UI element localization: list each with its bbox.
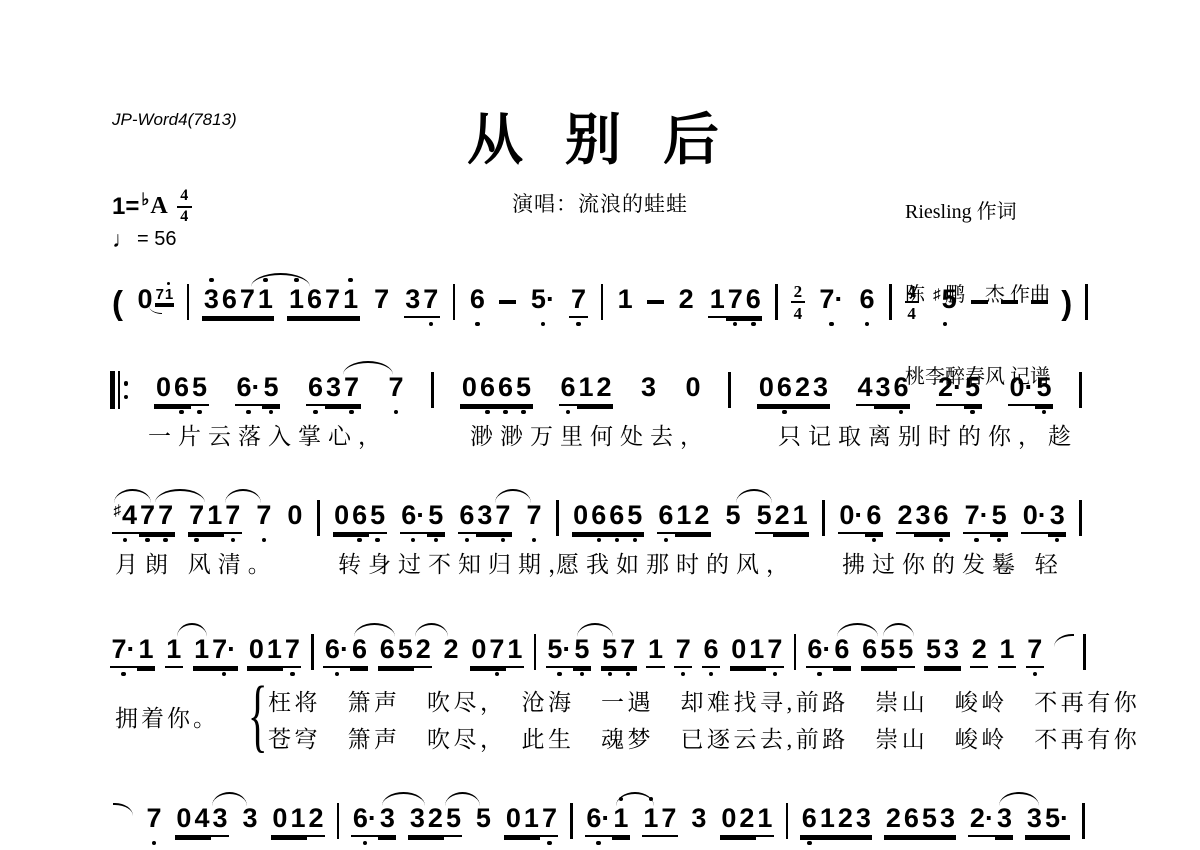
barline — [1085, 284, 1088, 320]
octave-dot-below — [899, 410, 903, 414]
beam-segment: 04 — [175, 805, 211, 837]
beam-segment: 1 — [756, 805, 774, 837]
barline — [570, 803, 573, 839]
beam-segment: 32 — [408, 805, 444, 837]
note-cell: 7 — [139, 502, 157, 529]
note-cell: 1 — [137, 636, 155, 663]
note-group: 6 — [702, 636, 720, 668]
beam-segment: 77 — [139, 502, 175, 534]
note-cell: 1 — [675, 502, 693, 529]
note-cell: 3 — [476, 502, 494, 529]
note-group: 3 — [690, 805, 708, 837]
key-prefix: 1= — [112, 193, 139, 221]
octave-dot-below — [163, 538, 167, 542]
octave-dot-below — [503, 410, 507, 414]
note-cell: 0 — [684, 374, 702, 401]
note-cell: 4 — [856, 374, 874, 401]
note-group: 655 — [861, 636, 915, 668]
slur-arc — [999, 792, 1040, 806]
beam-segment: 6 — [657, 502, 675, 534]
duration-dash — [1031, 300, 1048, 304]
note-cell: 7 — [619, 636, 637, 663]
octave-dot-below — [1033, 672, 1037, 676]
octave-dot-below — [939, 538, 943, 542]
note-group: 1 — [998, 636, 1016, 668]
note-cell: 5 — [755, 502, 773, 529]
note-cell: 2 — [738, 805, 756, 832]
note-cell: 7 — [224, 502, 242, 529]
inline-time-signature: 24 — [791, 283, 805, 322]
beam-segment: 1671 — [287, 286, 359, 318]
rhythm-dot: · — [416, 500, 425, 530]
tie-from-previous-line-icon — [113, 803, 133, 816]
note-group: 436 — [856, 374, 910, 406]
beam-segment: 0 — [286, 502, 304, 534]
note-cell: 6 — [902, 805, 920, 832]
beam-segment: 7 — [766, 636, 784, 668]
rhythm-dot: · — [368, 803, 377, 833]
note-group: 7 — [674, 636, 692, 668]
note-cell: 0 — [730, 636, 748, 663]
rhythm-dot: · — [127, 634, 136, 664]
rhythm-dot: · — [562, 634, 571, 664]
octave-dot-below — [152, 841, 156, 845]
note-cell: 7 — [494, 502, 512, 529]
verse-line-2: 苍穹 箫声 吹尽， 此生 魂梦 已逐云去,前路 崇山 峻岭 不再有你 — [268, 721, 1140, 754]
rhythm-dot: · — [546, 284, 555, 314]
note-cell: 7 — [155, 287, 164, 302]
octave-dot-below — [375, 538, 379, 542]
octave-dot-below — [865, 322, 869, 326]
quarter-note-icon: ♩ — [112, 226, 135, 253]
note-cell: 1 — [206, 502, 224, 529]
octave-dot-below — [269, 410, 273, 414]
meter-bottom: 4 — [907, 305, 916, 322]
beam-segment: 53 — [924, 636, 960, 668]
beam-segment: 7 — [525, 502, 543, 534]
note-cell: 7 — [674, 636, 692, 663]
key-letter: A — [150, 193, 167, 220]
note-group: 5·5 — [546, 636, 591, 668]
beam-segment: 37 — [325, 374, 361, 406]
music-line-4: 704330126·332550176·1173021612326532·335… — [113, 797, 1085, 845]
beam-segment: 01 — [504, 805, 540, 837]
barline — [728, 372, 731, 408]
beam-segment: 3 — [690, 805, 708, 837]
note-cell: 6 — [350, 636, 368, 663]
note-group: 2 — [677, 286, 695, 318]
octave-dot-below — [179, 410, 183, 414]
beam-segment: 1 — [998, 636, 1016, 668]
octave-dot-below — [434, 538, 438, 542]
note-cell: 1 — [708, 286, 726, 313]
barline — [889, 284, 892, 320]
note-cell: ♯5 — [932, 286, 959, 313]
beam-segment: 65 — [378, 636, 414, 668]
note-group: 57 — [601, 636, 637, 668]
note-cell: 2 — [896, 502, 914, 529]
barline — [431, 372, 434, 408]
inline-time-signature: 44 — [905, 283, 919, 322]
beam-segment: 7· — [963, 502, 990, 534]
beam-segment: 4 — [856, 374, 874, 406]
beam-segment: 76 — [726, 286, 762, 318]
note-cell: 6 — [657, 502, 675, 529]
fraction-bar — [791, 301, 805, 303]
meter-top: 4 — [907, 283, 916, 300]
beam-segment: 6 — [306, 374, 324, 406]
note-group: 612 — [559, 374, 613, 406]
octave-dot-below — [231, 538, 235, 542]
beam-segment: 65 — [861, 636, 897, 668]
note-cell: 6· — [585, 805, 612, 832]
beam-segment: 2 — [442, 636, 460, 668]
note-cell: 1 — [998, 636, 1016, 663]
lyrics-phrase: 一片云落入掌心， — [148, 418, 388, 451]
verse-line-1: 枉将 箫声 吹尽， 沧海 一遇 却难找寻,前路 崇山 峻岭 不再有你 — [268, 684, 1140, 717]
note-group: 043 — [175, 805, 229, 837]
octave-dot-below — [123, 538, 127, 542]
beam-segment: 2 — [414, 636, 432, 668]
note-cell: 6· — [235, 374, 262, 401]
note-group: 012 — [271, 805, 325, 837]
octave-dot-above — [348, 278, 352, 282]
beam-segment: 3 — [1048, 502, 1066, 534]
key-signature: 1=♭A 4 4 — [112, 188, 192, 225]
beam-segment: 2653 — [884, 805, 956, 837]
note-group: 652 — [378, 636, 432, 668]
note-cell: 0 — [460, 374, 478, 401]
note-cell: 6 — [559, 374, 577, 401]
note-group: 1 — [616, 286, 634, 318]
note-cell: 5 — [369, 502, 387, 529]
note-group: 2·5 — [936, 374, 981, 406]
beam-segment: 0665 — [572, 502, 644, 534]
note-cell: 3 — [811, 374, 829, 401]
note-group: 065 — [333, 502, 387, 534]
barline — [775, 284, 778, 320]
beam-segment: 0623 — [757, 374, 829, 406]
note-cell: 6 — [458, 502, 476, 529]
note-group: 5· — [529, 286, 556, 318]
octave-dot-below — [532, 538, 536, 542]
octave-dot-below — [872, 538, 876, 542]
beam-segment: 5 — [427, 502, 445, 534]
fraction-bar — [905, 301, 919, 303]
note-group: 0·6 — [838, 502, 883, 534]
grace-note-group: 071 — [136, 286, 174, 318]
note-cell: 1 — [342, 286, 360, 313]
note-cell: 6· — [323, 636, 350, 663]
note-cell: 7 — [766, 636, 784, 663]
verse-block: 拥着你。 { 枉将 箫声 吹尽， 沧海 一遇 却难找寻,前路 崇山 峻岭 不再有… — [0, 682, 1200, 762]
barline — [1082, 803, 1085, 839]
beam-segment: 7 — [145, 805, 163, 837]
octave-dot-below — [566, 410, 570, 414]
note-cell: 2 — [970, 636, 988, 663]
beam-segment: 12 — [577, 374, 613, 406]
octave-dot-below — [733, 322, 737, 326]
beam-segment: 2· — [968, 805, 995, 837]
barline — [601, 284, 604, 320]
note-group: 017 — [247, 636, 301, 668]
note-group: 7 — [255, 502, 273, 534]
time-signature: 4 4 — [177, 188, 192, 225]
octave-dot-below — [709, 672, 713, 676]
slur-arc — [445, 792, 480, 806]
beam-segment: 0 — [136, 286, 154, 318]
octave-dot-below — [580, 672, 584, 676]
note-group: 35· — [1025, 805, 1070, 837]
slur-arc — [736, 489, 772, 503]
beam-segment: 6 — [468, 286, 486, 318]
note-cell: 7 — [255, 502, 273, 529]
note-cell: 6· — [400, 502, 427, 529]
octave-dot-below — [411, 538, 415, 542]
beam-segment: 3 — [241, 805, 259, 837]
beam-segment: 5· — [546, 636, 573, 668]
beam-segment: 7 — [224, 502, 242, 534]
octave-dot-below — [974, 538, 978, 542]
beam-segment: 6· — [585, 805, 612, 837]
octave-dot-below — [1055, 538, 1059, 542]
note-group: ♯5 — [932, 286, 959, 318]
lyrics-phrase: 拂过你的发鬈 轻 — [842, 546, 1065, 579]
note-cell: 6 — [172, 374, 190, 401]
note-cell: 3 — [241, 805, 259, 832]
note-cell: 2 — [693, 502, 711, 529]
beam-segment: 1 — [165, 636, 183, 668]
beam-segment: 2 — [307, 805, 325, 837]
beam-segment: 6· — [235, 374, 262, 406]
note-cell: 2 — [595, 374, 613, 401]
beam-segment: 0 — [684, 374, 702, 406]
sharp-icon: ♯ — [114, 502, 122, 519]
beam-segment: 07 — [470, 636, 506, 668]
flat-icon: ♭ — [141, 190, 149, 210]
lyrics-phrase: 愿我如那时的风， — [556, 546, 796, 579]
lyrics-phrase: 月朗 风清。 — [115, 546, 278, 579]
beam-segment: 37 — [476, 502, 512, 534]
tie-to-next-line-icon — [1054, 634, 1074, 647]
note-cell: 0 — [286, 502, 304, 529]
note-cell: 5 — [474, 805, 492, 832]
lyrics-phrase: 只记取离别时的你，趁 — [778, 418, 1078, 451]
note-cell: 5 — [444, 805, 462, 832]
note-group: 5 — [724, 502, 742, 534]
beam-segment: 1 — [616, 286, 634, 318]
rhythm-dot: · — [1038, 500, 1047, 530]
note-cell: 6 — [608, 502, 626, 529]
octave-dot-below — [465, 538, 469, 542]
note-cell: 1 — [522, 805, 540, 832]
slur-arc — [883, 623, 914, 637]
beam-segment: 5 — [369, 502, 387, 534]
note-cell: 0· — [1021, 502, 1048, 529]
note-group: 612 — [657, 502, 711, 534]
note-group: 6 — [468, 286, 486, 318]
beam-segment: 12 — [675, 502, 711, 534]
beam-segment: 6 — [858, 286, 876, 318]
note-cell: 5 — [626, 502, 644, 529]
note-group: 176 — [708, 286, 762, 318]
note-cell: 1 — [164, 287, 173, 302]
note-cell: 3 — [378, 805, 396, 832]
beam-segment: 71 — [188, 502, 224, 534]
note-cell: 0 — [720, 805, 738, 832]
note-group: 53 — [924, 636, 960, 668]
duration-dash — [647, 300, 664, 304]
octave-dot-below — [145, 538, 149, 542]
note-cell: 0 — [247, 636, 265, 663]
beam-segment: 5 — [262, 374, 280, 406]
grace-notes: 71 — [155, 286, 174, 305]
beam-segment: 7 — [373, 286, 391, 318]
note-group: 7 — [1026, 636, 1044, 668]
note-cell: 5 — [262, 374, 280, 401]
beam-segment: 0· — [1008, 374, 1035, 406]
rhythm-dot: · — [227, 634, 236, 664]
note-cell: 2 — [677, 286, 695, 313]
beam-segment: 6123 — [800, 805, 872, 837]
beam-segment: 6 — [702, 636, 720, 668]
music-line-1: 0656·5637706656123006234362·50·5 — [110, 366, 1082, 414]
octave-dot-below — [970, 410, 974, 414]
beam-segment: 6 — [350, 636, 368, 668]
note-cell: 5 — [724, 502, 742, 529]
note-cell: 6 — [306, 374, 324, 401]
sharp-icon: ♯ — [933, 286, 941, 303]
lyrics-phrase: 转身过不知归期， — [338, 546, 578, 579]
octave-dot-below — [751, 322, 755, 326]
note-cell: 7· — [963, 502, 990, 529]
note-cell: 7 — [660, 805, 678, 832]
repeat-thin-bar — [118, 371, 120, 409]
note-cell: 7 — [1026, 636, 1044, 663]
octave-dot-below — [1042, 410, 1046, 414]
note-cell: 5 — [573, 636, 591, 663]
note-group: 6·5 — [400, 502, 445, 534]
note-cell: 6 — [496, 374, 514, 401]
note-group: ♯477 — [112, 502, 175, 534]
note-cell: 1 — [642, 805, 660, 832]
note-group: 3671 — [202, 286, 274, 318]
note-cell: 3 — [914, 502, 932, 529]
octave-dot-below — [290, 672, 294, 676]
octave-dot-below — [335, 672, 339, 676]
beam-segment: 5 — [724, 502, 742, 534]
beam-segment: 7 — [540, 805, 558, 837]
note-cell: 6 — [590, 502, 608, 529]
note-cell: 5 — [990, 502, 1008, 529]
note-cell: 7 — [726, 286, 744, 313]
beam-segment: 7· — [110, 636, 137, 668]
note-cell: 7 — [145, 805, 163, 832]
note-cell: 6 — [478, 374, 496, 401]
lyrics-row-1: 一片云落入掌心，渺渺万里何处去，只记取离别时的你，趁 — [0, 418, 1200, 452]
note-cell: 3 — [938, 805, 956, 832]
octave-dot-below — [501, 538, 505, 542]
note-group: 7· — [818, 286, 845, 318]
rhythm-dot: · — [980, 500, 989, 530]
note-cell: 5· — [546, 636, 573, 663]
octave-dot-below — [222, 672, 226, 676]
octave-dot-below — [495, 672, 499, 676]
note-cell: 0 — [175, 805, 193, 832]
octave-dot-below — [997, 538, 1001, 542]
repeat-dots — [124, 381, 129, 399]
barline — [786, 803, 789, 839]
octave-dot-below — [363, 841, 367, 845]
note-cell: 1 — [818, 805, 836, 832]
beam-segment: 36 — [914, 502, 950, 534]
beam-segment: 6 — [458, 502, 476, 534]
beam-segment: 01 — [247, 636, 283, 668]
beam-segment: 71 — [155, 287, 174, 305]
note-cell: 5· — [1043, 805, 1070, 832]
slur-arc — [225, 489, 261, 503]
barline — [534, 634, 537, 670]
note-cell: 1 — [506, 636, 524, 663]
note-group: 0665 — [460, 374, 532, 406]
note-cell: 7 — [488, 636, 506, 663]
slur-arc — [251, 273, 310, 287]
note-group: 0665 — [572, 502, 644, 534]
note-cell: 7 — [324, 286, 342, 313]
note-group: 7 — [525, 502, 543, 534]
beam-segment: 6 — [559, 374, 577, 406]
note-cell: 1 — [756, 805, 774, 832]
note-cell: 5 — [897, 636, 915, 663]
note-cell: 0 — [470, 636, 488, 663]
note-cell: 6 — [932, 502, 950, 529]
octave-dot-below — [194, 538, 198, 542]
note-group: 521 — [755, 502, 809, 534]
note-cell: 3 — [408, 805, 426, 832]
tempo-marking: ♩ = 56 — [112, 226, 176, 253]
beam-segment: 7· — [818, 286, 845, 318]
beam-segment: 02 — [720, 805, 756, 837]
note-cell: 0 — [504, 805, 522, 832]
beam-segment: 5 — [990, 502, 1008, 534]
note-cell: 2 — [426, 805, 444, 832]
beam-segment: 5 — [755, 502, 773, 534]
note-cell: 5 — [924, 636, 942, 663]
note-group: 7·5 — [963, 502, 1008, 534]
note-cell: 1 — [616, 286, 634, 313]
note-cell: 4 — [193, 805, 211, 832]
note-cell: 6· — [351, 805, 378, 832]
octave-dot-below — [521, 410, 525, 414]
octave-dot-above — [167, 282, 170, 285]
note-cell: 3 — [325, 374, 343, 401]
note-cell: 7 — [188, 502, 206, 529]
note-cell: 7· — [211, 636, 238, 663]
rhythm-dot: · — [953, 372, 962, 402]
octave-dot-below — [547, 841, 551, 845]
slur-arc — [343, 361, 393, 375]
octave-dot-below — [608, 672, 612, 676]
note-cell: 6 — [306, 286, 324, 313]
repeat-dot — [124, 395, 129, 400]
note-cell: 5 — [1035, 374, 1053, 401]
octave-dot-below — [475, 322, 479, 326]
rhythm-dot: · — [985, 803, 994, 833]
barline — [822, 500, 825, 536]
octave-dot-below — [664, 538, 668, 542]
slur-arc — [495, 489, 531, 503]
octave-dot-above — [209, 278, 213, 282]
